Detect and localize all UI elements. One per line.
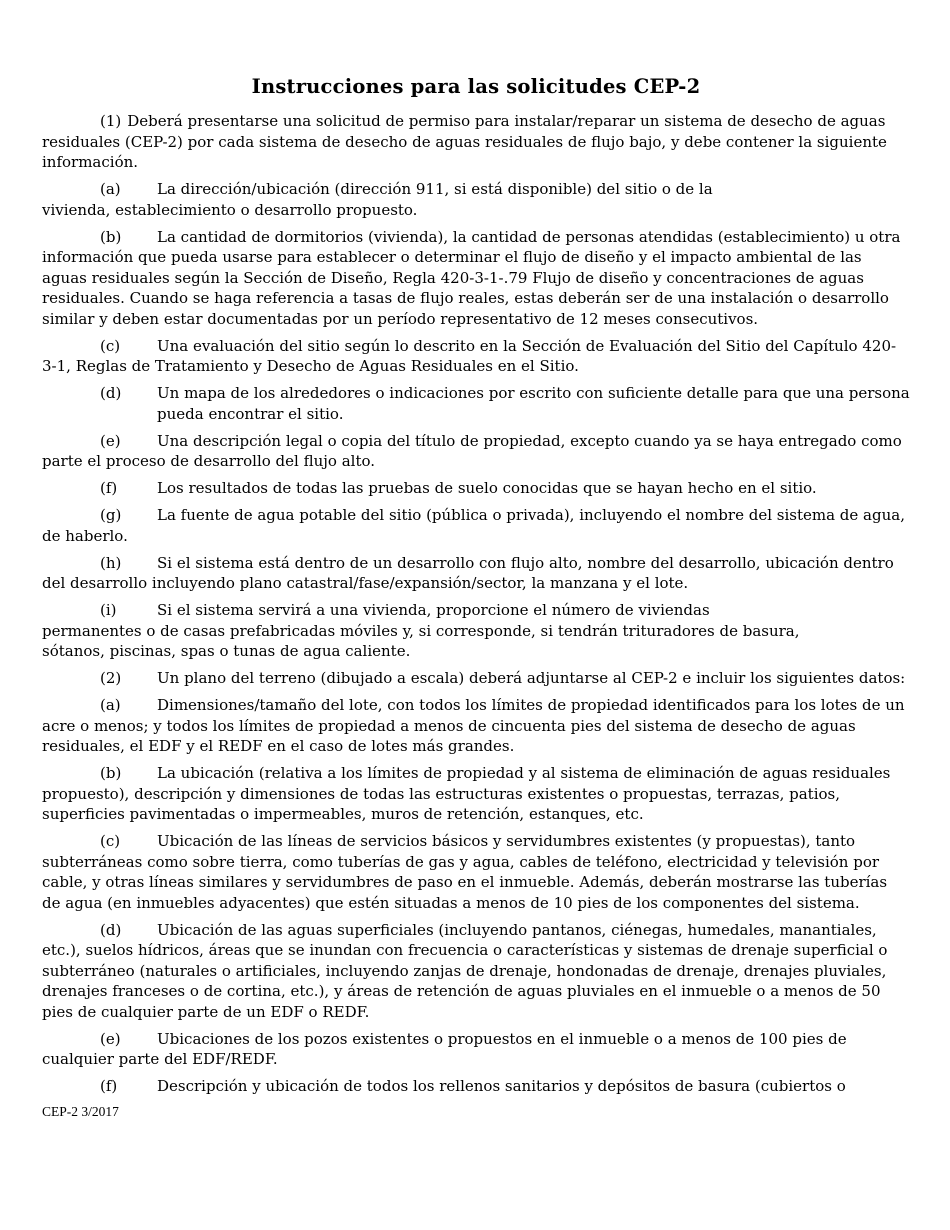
paragraph-text: Deberá presentarse una solicitud de perm… [42, 112, 887, 171]
paragraph: (f)Los resultados de todas las pruebas d… [42, 478, 910, 499]
paragraph: (c)Ubicación de las líneas de servicios … [42, 831, 910, 913]
paragraph-text: Si el sistema está dentro de un desarrol… [42, 554, 894, 593]
paragraph-marker: (2) [100, 668, 157, 689]
paragraph: (f)Descripción y ubicación de todos los … [42, 1076, 910, 1097]
paragraph-marker: (e) [100, 431, 157, 452]
paragraph-marker: (a) [100, 695, 157, 716]
paragraph-marker: (e) [100, 1029, 157, 1050]
paragraph: (i)Si el sistema servirá a una vivienda,… [42, 600, 807, 662]
paragraph: (g)La fuente de agua potable del sitio (… [42, 505, 910, 546]
paragraph: (d)Un mapa de los alrededores o indicaci… [42, 383, 910, 424]
paragraph-text: Descripción y ubicación de todos los rel… [157, 1077, 846, 1095]
paragraph: (d)Ubicación de las aguas superficiales … [42, 920, 910, 1023]
document-page: Instrucciones para las solicitudes CEP-2… [0, 0, 950, 1230]
paragraph: (a)La dirección/ubicación (dirección 911… [42, 179, 777, 220]
paragraph-text: Ubicaciones de los pozos existentes o pr… [42, 1030, 847, 1069]
paragraph-marker: (g) [100, 505, 157, 526]
paragraph-marker: (b) [100, 763, 157, 784]
paragraph-marker: (d) [100, 920, 157, 941]
paragraph: (2)Un plano del terreno (dibujado a esca… [42, 668, 910, 689]
paragraph-text: Una evaluación del sitio según lo descri… [42, 337, 896, 376]
paragraph-marker: (b) [100, 227, 157, 248]
paragraph-marker: (f) [100, 478, 157, 499]
paragraph-text: Los resultados de todas las pruebas de s… [157, 479, 817, 497]
paragraph: (c)Una evaluación del sitio según lo des… [42, 336, 910, 377]
page-title: Instrucciones para las solicitudes CEP-2 [42, 74, 910, 100]
paragraph: (b)La ubicación (relativa a los límites … [42, 763, 910, 825]
paragraph-marker: (1) [100, 112, 127, 130]
paragraph-marker: (i) [100, 600, 157, 621]
paragraph-text: La ubicación (relativa a los límites de … [42, 764, 890, 823]
paragraph-text: Dimensiones/tamaño del lote, con todos l… [42, 696, 905, 755]
paragraph-text: Ubicación de las líneas de servicios bás… [42, 832, 887, 912]
paragraph-marker: (c) [100, 336, 157, 357]
paragraph: (e)Una descripción legal o copia del tít… [42, 431, 910, 472]
paragraph-marker: (f) [100, 1076, 157, 1097]
paragraph: (h)Si el sistema está dentro de un desar… [42, 553, 910, 594]
paragraph-marker: (d) [100, 383, 157, 404]
paragraph: (e)Ubicaciones de los pozos existentes o… [42, 1029, 910, 1070]
paragraph: (a)Dimensiones/tamaño del lote, con todo… [42, 695, 910, 757]
paragraph-text: Ubicación de las aguas superficiales (in… [42, 921, 887, 1021]
paragraph: (1)Deberá presentarse una solicitud de p… [42, 111, 910, 173]
paragraph-marker: (c) [100, 831, 157, 852]
paragraph-text: La cantidad de dormitorios (vivienda), l… [42, 228, 900, 328]
footer-form-number: CEP-2 3/2017 [42, 1103, 910, 1120]
paragraph-marker: (a) [100, 179, 157, 200]
paragraph-text: Un mapa de los alrededores o indicacione… [157, 384, 910, 423]
paragraph-text: Un plano del terreno (dibujado a escala)… [157, 669, 905, 687]
paragraph-marker: (h) [100, 553, 157, 574]
paragraph-list: (1)Deberá presentarse una solicitud de p… [42, 111, 910, 1097]
paragraph-text: Una descripción legal o copia del título… [42, 432, 902, 471]
paragraph: (b)La cantidad de dormitorios (vivienda)… [42, 227, 910, 330]
paragraph-text: La fuente de agua potable del sitio (púb… [42, 506, 905, 545]
